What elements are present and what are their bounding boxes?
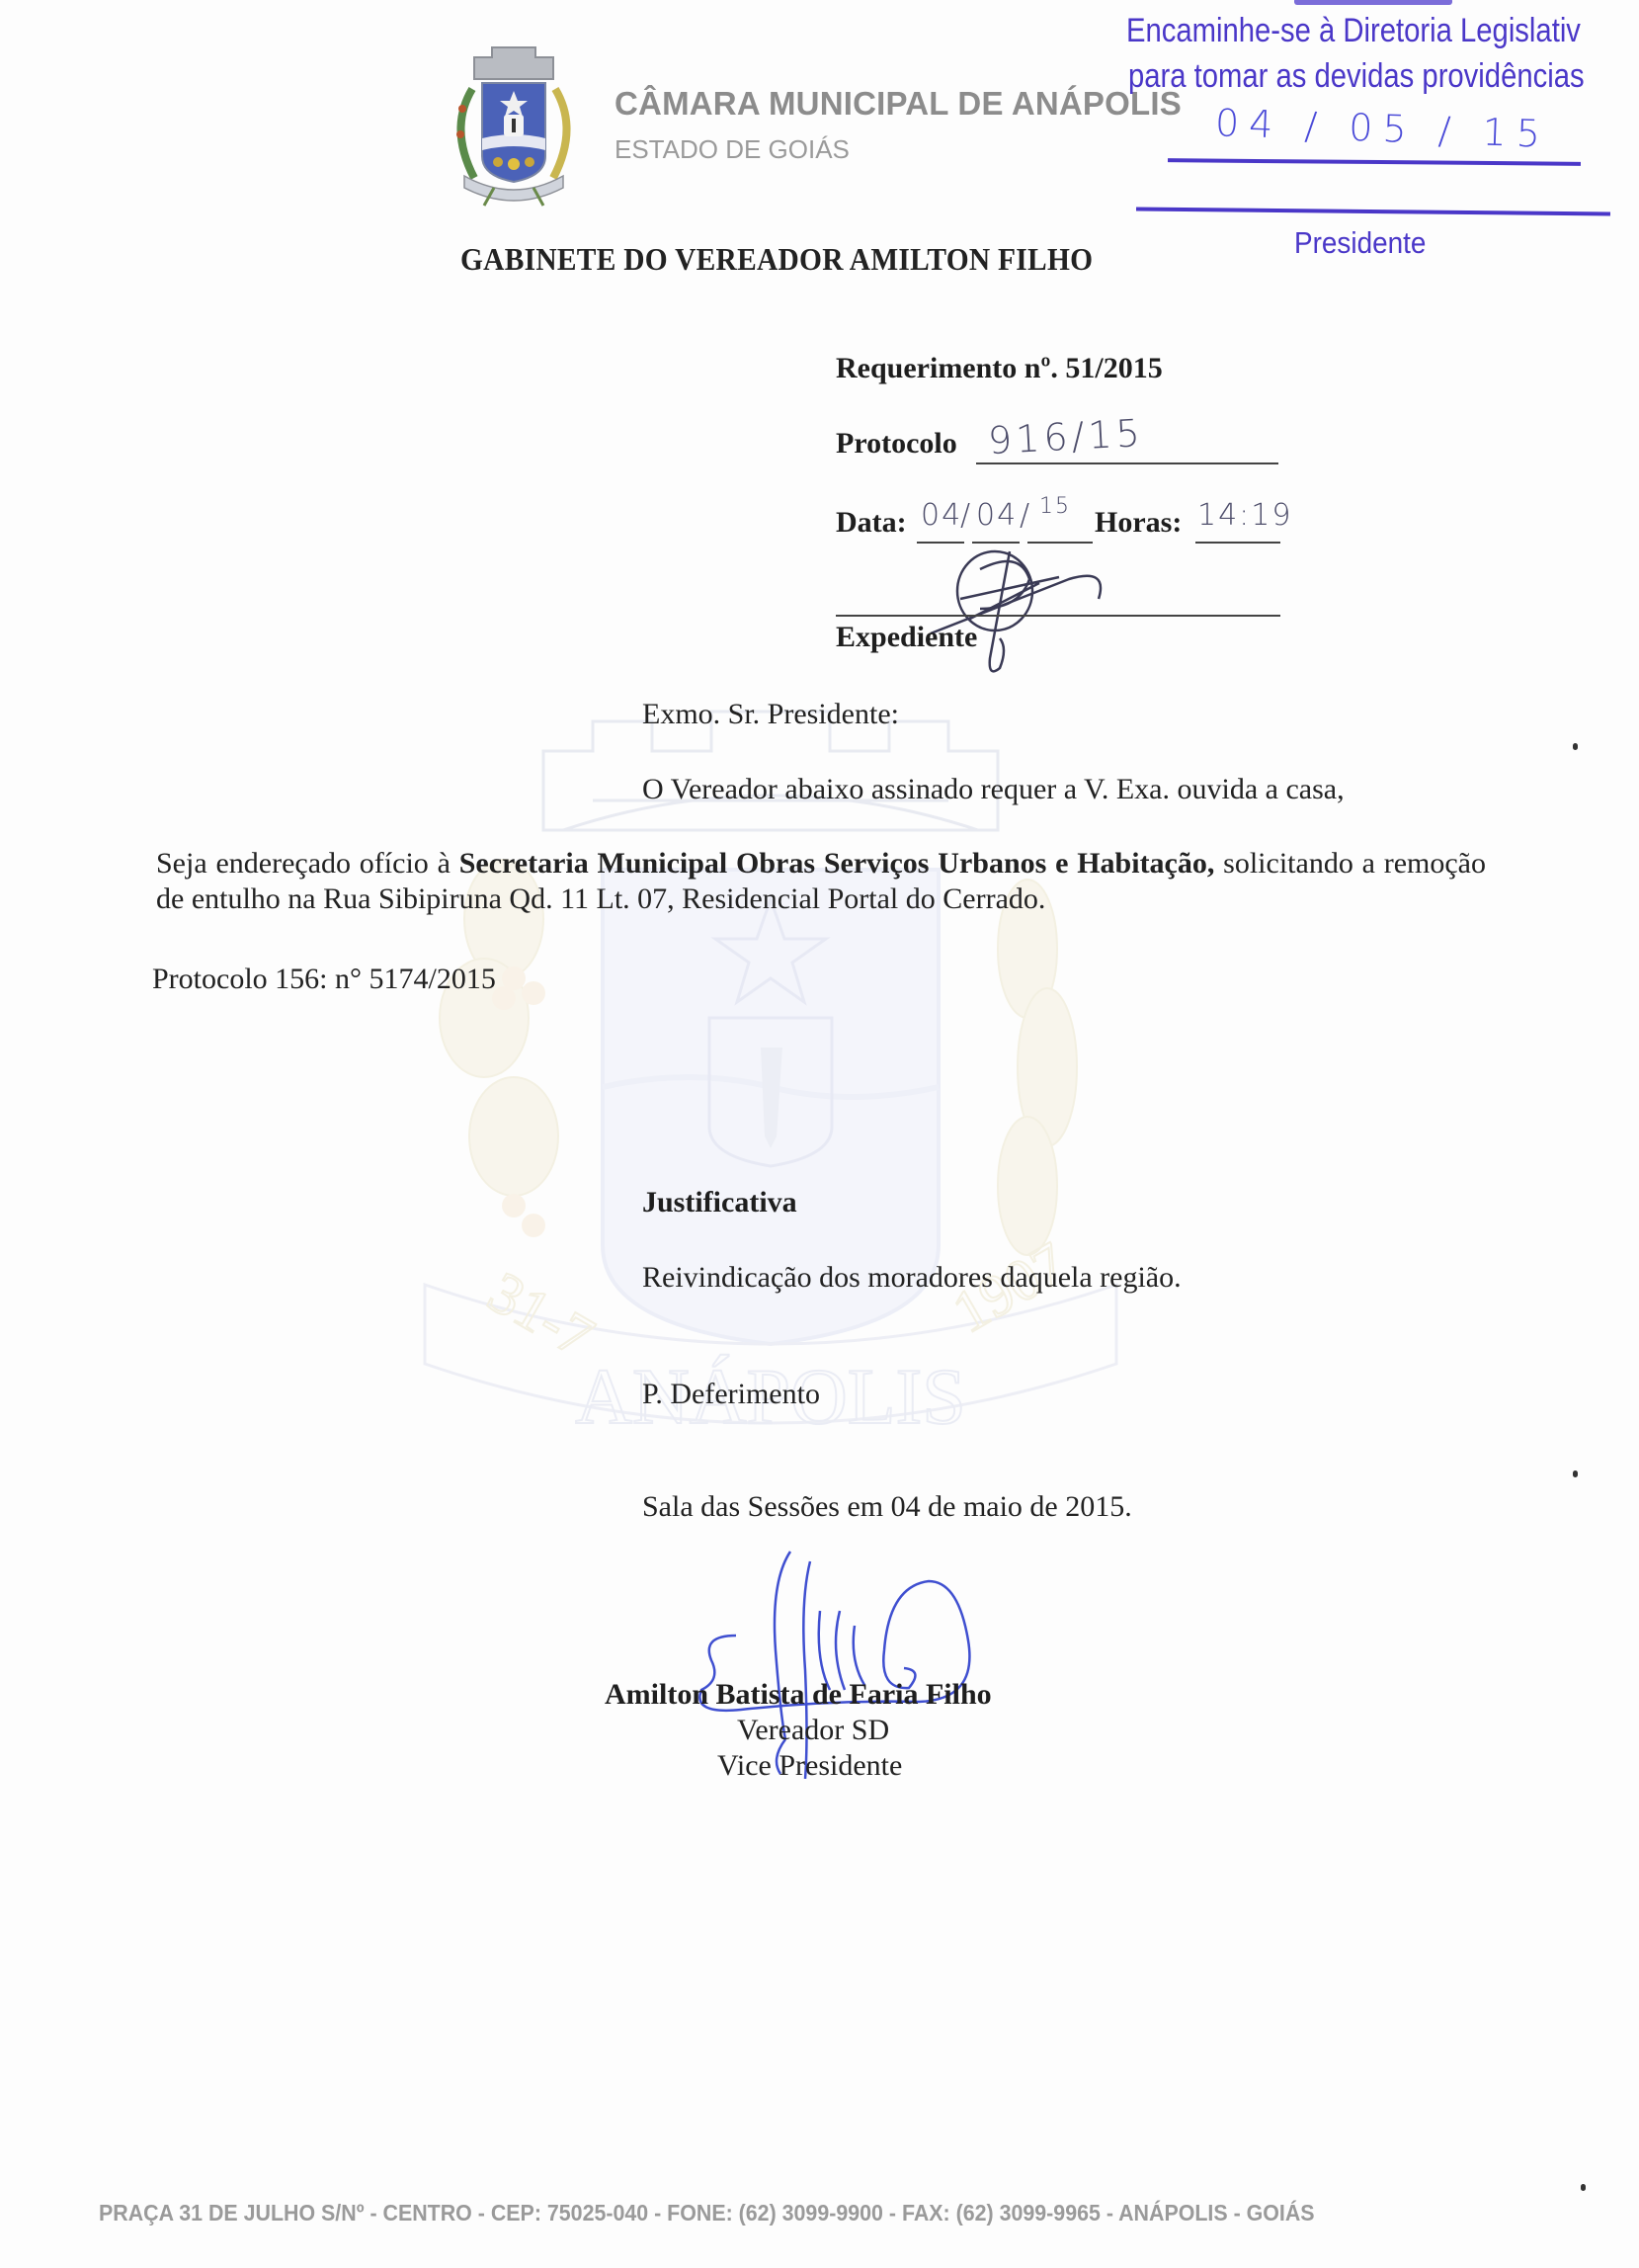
stamp-role: Presidente (1294, 225, 1426, 261)
request-paragraph-prefix: Seja endereçado ofício à (156, 847, 459, 880)
horas-field-line (1195, 542, 1280, 544)
protocolo-handwritten-value: 916/15 (987, 411, 1145, 462)
salutation: Exmo. Sr. Presidente: (642, 698, 899, 731)
stamp-cropped-fragment (1294, 0, 1521, 8)
stamp-date-line (1168, 158, 1581, 166)
footer-address: PRAÇA 31 DE JULHO S/Nº - CENTRO - CEP: 7… (99, 2200, 1315, 2226)
coat-of-arms-icon (435, 40, 593, 208)
org-state: ESTADO DE GOIÁS (615, 134, 850, 165)
justification-heading: Justificativa (642, 1186, 797, 1219)
data-handwritten-year: 15 (1039, 494, 1071, 519)
cabinet-heading: GABINETE DO VEREADOR AMILTON FILHO (460, 241, 1093, 278)
org-name: CÂMARA MUNICIPAL DE ANÁPOLIS (615, 85, 1182, 123)
data-sep-2: / (1020, 498, 1029, 533)
expediente-signature-scribble (921, 540, 1148, 678)
protocolo-reference: Protocolo 156: n° 5174/2015 (152, 963, 496, 996)
stamp-line-2: para tomar as devidas providências (1128, 57, 1585, 96)
data-sep-1: / (960, 498, 970, 533)
justification-text: Reivindicação dos moradores daquela regi… (642, 1261, 1182, 1295)
signer-role-councilor: Vereador SD (737, 1714, 889, 1747)
stamp-signature-line (1136, 207, 1610, 215)
expediente-signature-line (836, 615, 1280, 617)
data-handwritten-day: 04 (921, 498, 962, 533)
place-date: Sala das Sessões em 04 de maio de 2015. (642, 1490, 1132, 1524)
horas-handwritten-value: 14:19 (1197, 498, 1292, 533)
signer-name: Amilton Batista de Faria Filho (605, 1678, 992, 1712)
request-paragraph-recipient: Secretaria Municipal Obras Serviços Urba… (459, 847, 1215, 880)
protocolo-field-line (976, 462, 1278, 464)
request-paragraph: Seja endereçado ofício à Secretaria Muni… (156, 846, 1486, 917)
signer-role-vice-president: Vice Presidente (717, 1749, 902, 1783)
request-number: Requerimento nº. 51/2015 (836, 352, 1163, 385)
stamp-line-1: Encaminhe-se à Diretoria Legislativ (1126, 12, 1581, 50)
scan-speck (1573, 743, 1578, 750)
protocolo-label: Protocolo (836, 427, 957, 461)
stamp-handwritten-date: 04 / 05 / 15 (1214, 101, 1550, 156)
scan-speck (1573, 1470, 1578, 1477)
closing-deferimento: P. Deferimento (642, 1378, 820, 1411)
horas-label: Horas: (1095, 506, 1182, 540)
expediente-label: Expediente (836, 621, 977, 654)
data-label: Data: (836, 506, 907, 540)
data-handwritten-month: 04 (976, 498, 1018, 533)
scan-speck (1581, 2184, 1586, 2191)
request-intro: O Vereador abaixo assinado requer a V. E… (642, 773, 1345, 806)
